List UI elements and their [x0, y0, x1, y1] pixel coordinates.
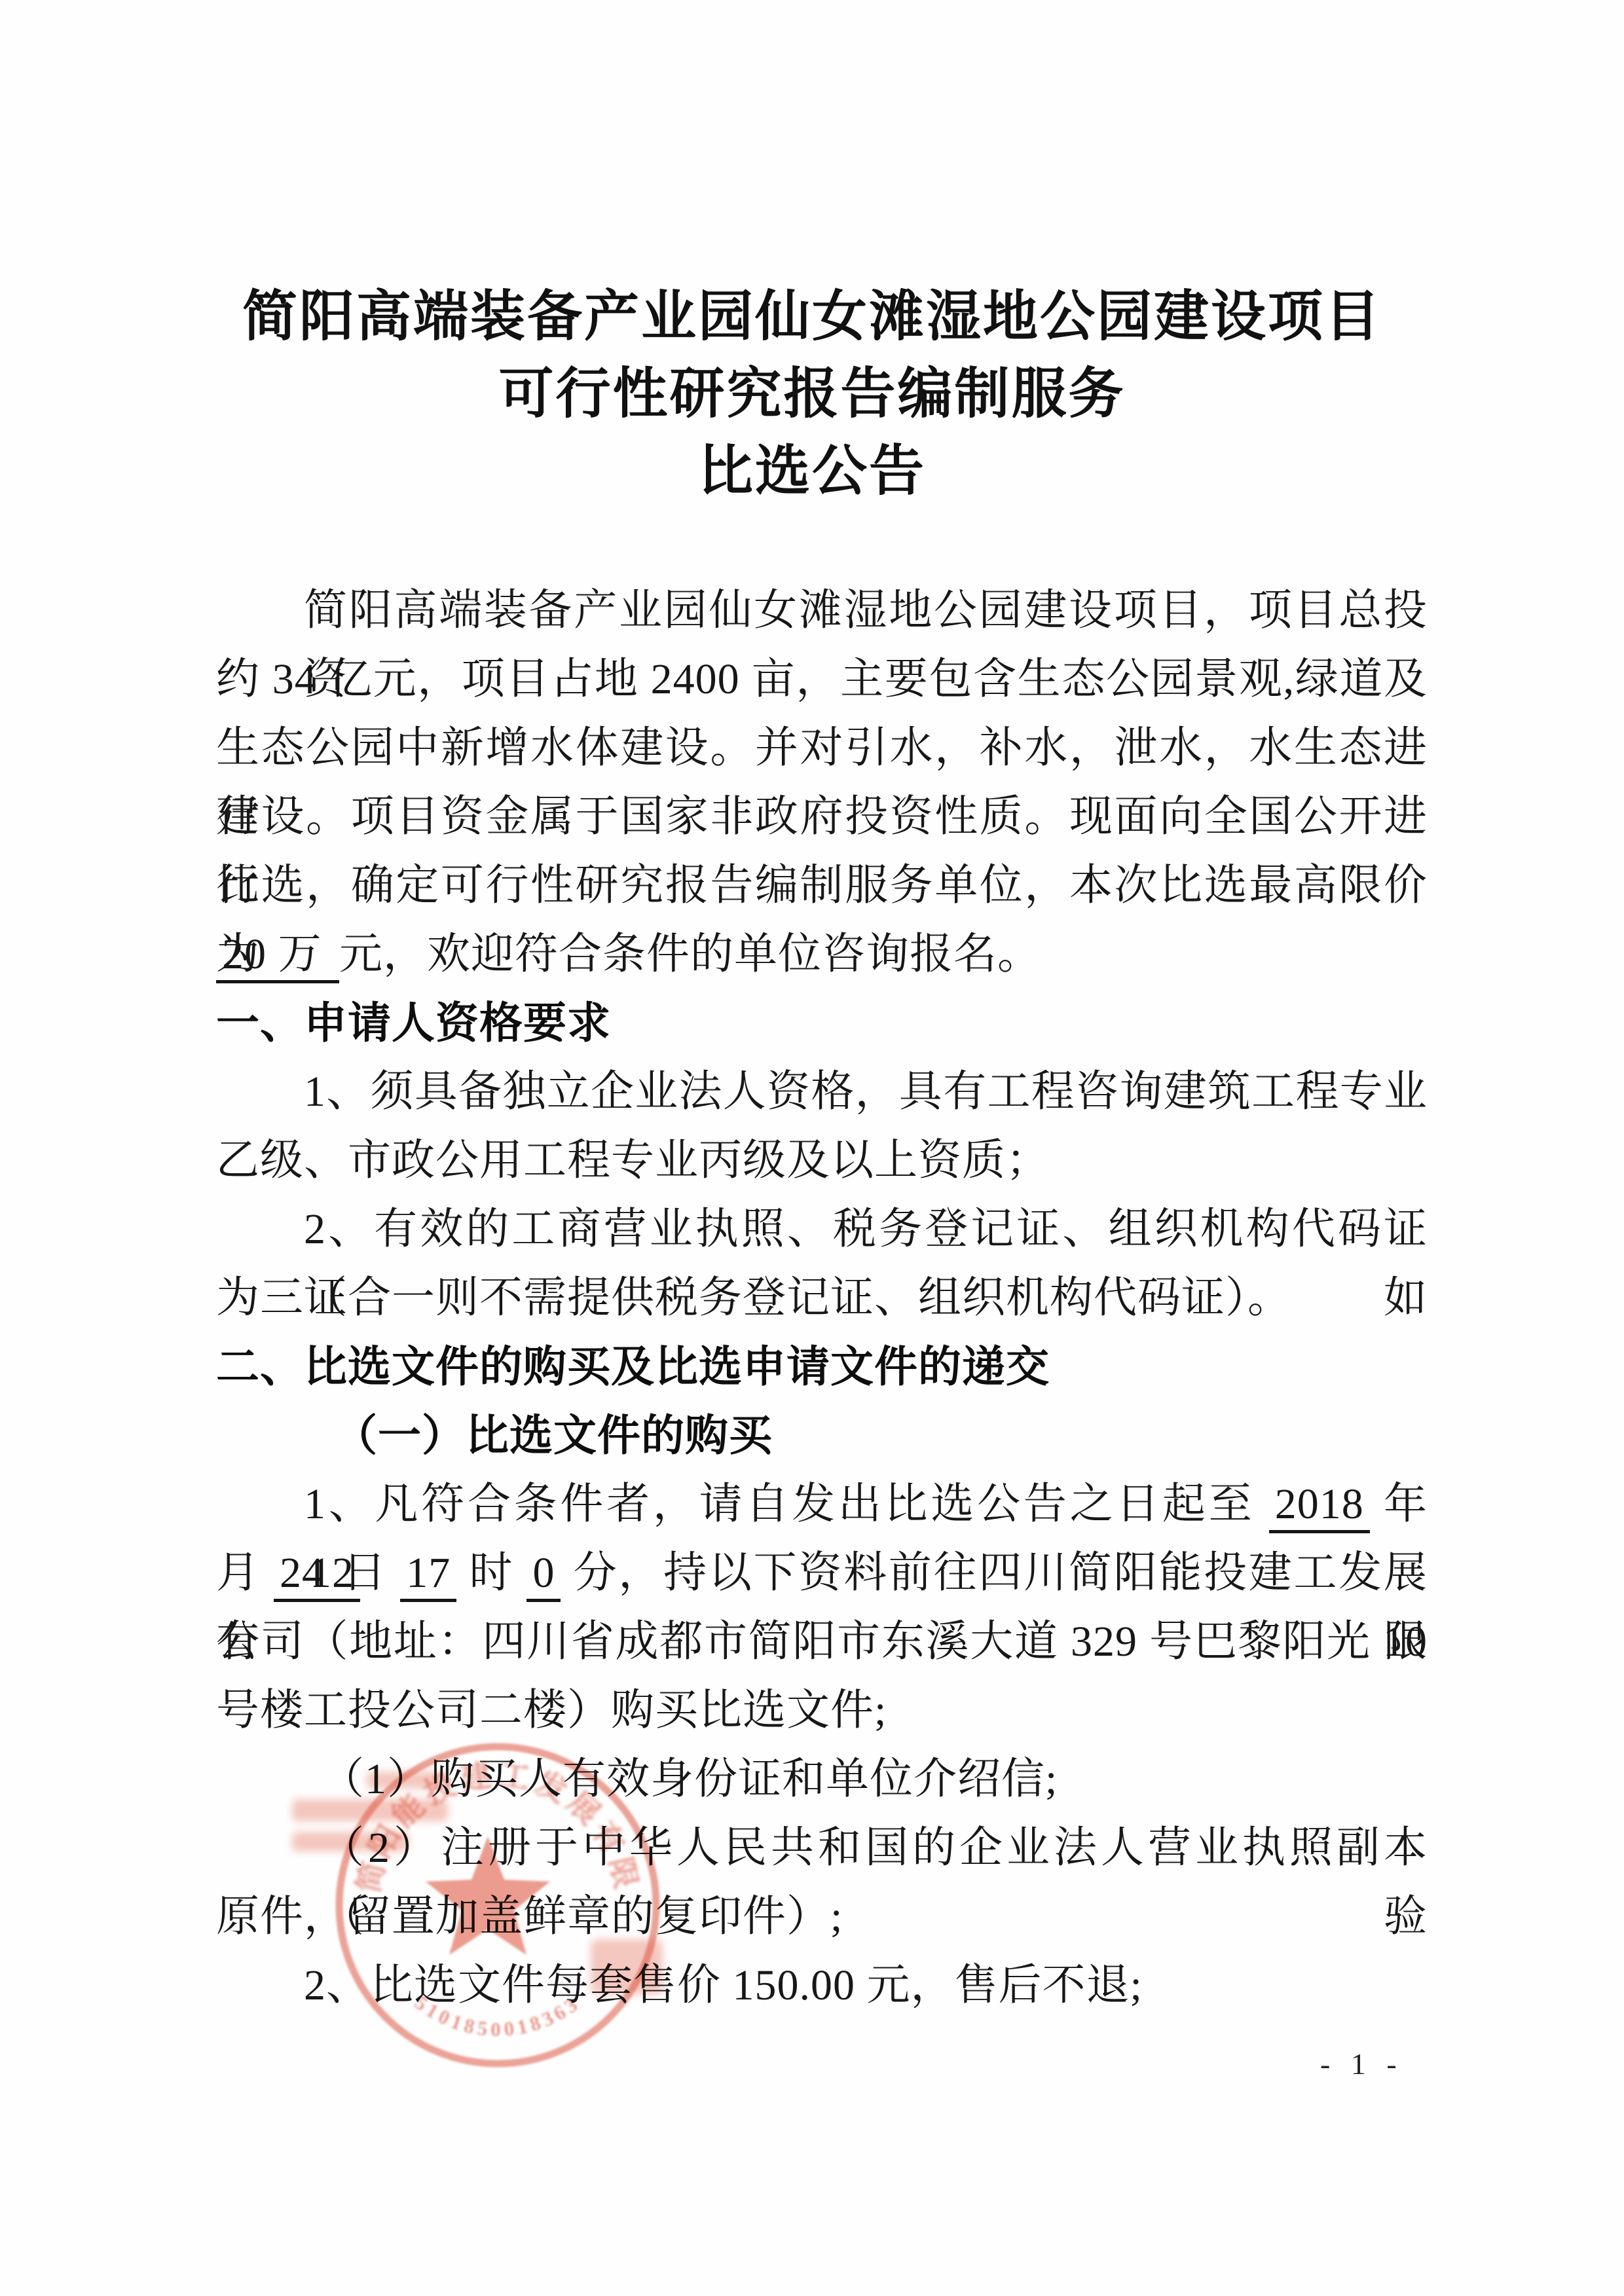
text-run: 年 [1370, 1480, 1428, 1528]
underlined-blank: 24 [274, 1549, 330, 1602]
text-run: 月 [216, 1549, 274, 1597]
doc-line: 1、须具备独立企业法人资格，具有工程咨询建筑工程专业 [216, 1057, 1428, 1126]
title-line: 简阳高端装备产业园仙女滩湿地公园建设项目 [0, 278, 1624, 355]
document-body: 简阳高端装备产业园仙女滩湿地公园建设项目，项目总投资约 34 亿元，项目占地 2… [216, 576, 1428, 2020]
underlined-blank: 0 [526, 1549, 561, 1602]
document-page: 简阳高端装备产业园仙女滩湿地公园建设项目可行性研究报告编制服务比选公告 简阳高端… [0, 0, 1624, 2296]
doc-line: （1）购买人有效身份证和单位介绍信; [216, 1745, 1428, 1813]
text-run: 元，欢迎符合条件的单位咨询报名。 [339, 930, 1041, 978]
doc-line: （2）注册于中华人民共和国的企业法人营业执照副本（验 [216, 1813, 1428, 1882]
title-line: 比选公告 [0, 432, 1624, 509]
text-run: 1、凡符合条件者，请自发出比选公告之日起至 [304, 1480, 1269, 1528]
text-run: 乙级、市政公用工程专业丙级及以上资质； [216, 1137, 1050, 1184]
document-title: 简阳高端装备产业园仙女滩湿地公园建设项目可行性研究报告编制服务比选公告 [0, 278, 1624, 509]
doc-heading: 二、比选文件的购买及比选申请文件的递交 [216, 1332, 1428, 1401]
doc-line: 2、比选文件每套售价 150.00 元，售后不退; [216, 1951, 1428, 2020]
doc-line: 约 34 亿元，项目占地 2400 亩，主要包含生态公园景观,绿道及 [216, 645, 1428, 714]
text-run: （一）比选文件的购买 [334, 1411, 773, 1459]
doc-line: 比选，确定可行性研究报告编制服务单位，本次比选最高限价为 [216, 851, 1428, 920]
text-run: 为三证合一则不需提供税务登记证、组织机构代码证）。 [216, 1274, 1291, 1322]
doc-line: 2、有效的工商营业执照、税务登记证、组织机构代码证（如 [216, 1195, 1428, 1264]
text-run: 公司（地址：四川省成都市简阳市东溪大道 329 号巴黎阳光 10 [216, 1618, 1428, 1666]
doc-line: 为三证合一则不需提供税务登记证、组织机构代码证）。 [216, 1264, 1428, 1332]
doc-heading: 一、申请人资格要求 [216, 989, 1428, 1057]
text-run: （1）购买人有效身份证和单位介绍信; [321, 1755, 1058, 1803]
doc-heading: （一）比选文件的购买 [216, 1401, 1428, 1470]
text-run: 日 [330, 1549, 400, 1597]
doc-line: 公司（地址：四川省成都市简阳市东溪大道 329 号巴黎阳光 10 [216, 1607, 1428, 1676]
underlined-blank: 20 万 [216, 930, 339, 983]
title-line: 可行性研究报告编制服务 [0, 355, 1624, 432]
underlined-blank: 17 [400, 1549, 456, 1602]
text-run: 一、申请人资格要求 [216, 998, 611, 1047]
doc-line: 月 24 日 17 时 0 分，持以下资料前往四川简阳能投建工发展有限 [216, 1539, 1428, 1607]
text-run: 约 34 亿元，项目占地 2400 亩，主要包含生态公园景观,绿道及 [216, 655, 1428, 703]
text-run: 二、比选文件的购买及比选申请文件的递交 [216, 1342, 1050, 1391]
doc-line: 建设。项目资金属于国家非政府投资性质。现面向全国公开进行 [216, 782, 1428, 851]
text-run: 号楼工投公司二楼）购买比选文件; [216, 1686, 887, 1734]
doc-line: 号楼工投公司二楼）购买比选文件; [216, 1676, 1428, 1745]
text-run: 时 [456, 1549, 526, 1597]
doc-line: 乙级、市政公用工程专业丙级及以上资质； [216, 1126, 1428, 1195]
text-run: 1、须具备独立企业法人资格，具有工程咨询建筑工程专业 [304, 1068, 1428, 1116]
doc-line: 简阳高端装备产业园仙女滩湿地公园建设项目，项目总投资 [216, 576, 1428, 645]
text-run: 2、比选文件每套售价 150.00 元，售后不退; [304, 1961, 1143, 2009]
doc-line: 生态公园中新增水体建设。并对引水，补水，泄水，水生态进行 [216, 714, 1428, 782]
doc-line: 1、凡符合条件者，请自发出比选公告之日起至 2018 年 12 [216, 1470, 1428, 1539]
underlined-blank: 2018 [1269, 1480, 1370, 1533]
page-number: - 1 - [1320, 2047, 1403, 2081]
doc-line: 20 万 元，欢迎符合条件的单位咨询报名。 [216, 920, 1428, 989]
text-run: 原件，留置加盖鲜章的复印件）; [216, 1893, 843, 1941]
